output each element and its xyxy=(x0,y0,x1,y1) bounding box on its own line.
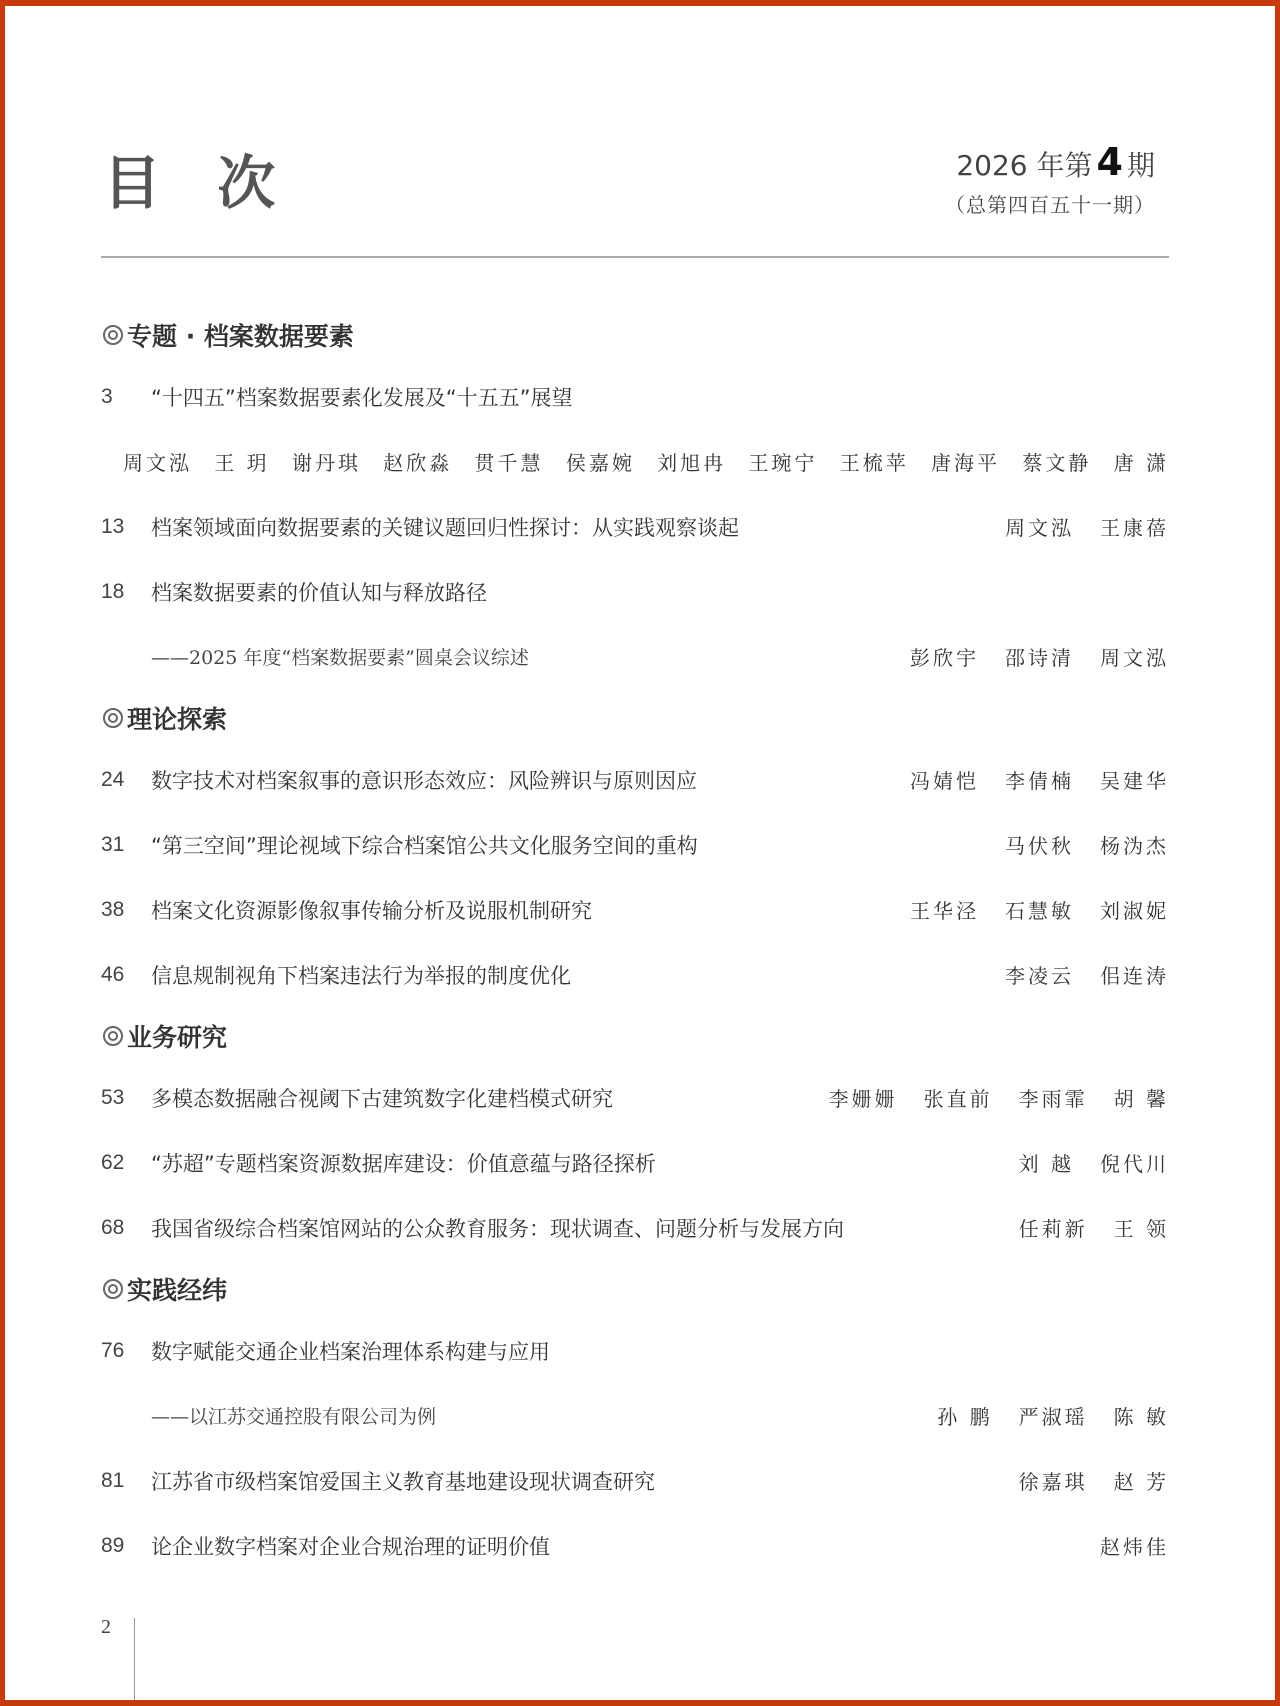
author: 李姗姗 xyxy=(829,1083,898,1112)
toc-entry[interactable]: 31 “第三空间”理论视域下综合档案馆公共文化服务空间的重构 马伏秋 杨沩杰 xyxy=(101,812,1169,877)
entry-title[interactable]: 多模态数据融合视阈下古建筑数字化建档模式研究 xyxy=(151,1083,803,1113)
entry-authors: 冯婧恺 李倩楠 吴建华 xyxy=(884,765,1169,794)
toc-entry[interactable]: 81 江苏省市级档案馆爱国主义教育基地建设现状调查研究 徐嘉琪 赵 芳 xyxy=(101,1448,1169,1513)
author: 赵欣淼 xyxy=(383,447,452,476)
entry-page: 3 xyxy=(101,385,151,409)
issue-info: 2026 年第4期 （总第四百五十一期） xyxy=(945,142,1155,220)
entry-page: 89 xyxy=(101,1534,151,1558)
entry-subtitle: ——2025 年度“档案数据要素”圆桌会议综述 xyxy=(101,643,884,670)
toc-entry[interactable]: 3 “十四五”档案数据要素化发展及“十五五”展望 xyxy=(101,364,1169,429)
toc-entry[interactable]: 24 数字技术对档案叙事的意识形态效应：风险辨识与原则因应 冯婧恺 李倩楠 吴建… xyxy=(101,747,1169,812)
entry-page: 46 xyxy=(101,963,151,987)
author: 赵炜佳 xyxy=(1100,1531,1169,1560)
author: 陈 敏 xyxy=(1114,1401,1169,1430)
section-heading: 业务研究 xyxy=(101,1007,1169,1065)
entry-title[interactable]: 数字技术对档案叙事的意识形态效应：风险辨识与原则因应 xyxy=(151,765,884,795)
author: 周文泓 xyxy=(1005,512,1074,541)
header-divider xyxy=(101,256,1169,258)
entry-page: 53 xyxy=(101,1086,151,1110)
toc-entry[interactable]: 46 信息规制视角下档案违法行为举报的制度优化 李凌云 佀连涛 xyxy=(101,942,1169,1007)
section-heading: 专题 · 档案数据要素 xyxy=(101,306,1169,364)
cumulative-issue: （总第四百五十一期） xyxy=(945,190,1155,220)
author: 周文泓 xyxy=(1100,642,1169,671)
entry-authors: 彭欣宇 邵诗清 周文泓 xyxy=(884,642,1169,671)
author: 谢丹琪 xyxy=(292,447,361,476)
entry-authors: 王华泾 石慧敏 刘淑妮 xyxy=(884,895,1169,924)
author: 唐海平 xyxy=(931,447,1000,476)
entry-authors: 刘 越 倪代川 xyxy=(993,1148,1169,1177)
author: 王琬宁 xyxy=(748,447,817,476)
entry-title[interactable]: 信息规制视角下档案违法行为举报的制度优化 xyxy=(151,960,979,990)
author: 王 领 xyxy=(1114,1213,1169,1242)
author: 李倩楠 xyxy=(1005,765,1074,794)
entry-authors: 李凌云 佀连涛 xyxy=(979,960,1169,989)
double-circle-icon xyxy=(103,708,123,728)
entry-page: 76 xyxy=(101,1339,151,1363)
issue-number: 4 xyxy=(1097,140,1123,184)
entry-page: 62 xyxy=(101,1151,151,1175)
entry-title[interactable]: 档案领域面向数据要素的关键议题回归性探讨：从实践观察谈起 xyxy=(151,512,979,542)
toc-entry-subtitle: ——以江苏交通控股有限公司为例 孙 鹏 严淑瑶 陈 敏 xyxy=(101,1383,1169,1448)
entry-page: 24 xyxy=(101,768,151,792)
author: 刘淑妮 xyxy=(1100,895,1169,924)
author: 孙 鹏 xyxy=(937,1401,992,1430)
author: 严淑瑶 xyxy=(1019,1401,1088,1430)
author: 王梳苹 xyxy=(840,447,909,476)
page-number: 2 xyxy=(101,1616,111,1639)
author: 吴建华 xyxy=(1100,765,1169,794)
double-circle-icon xyxy=(103,1279,123,1299)
author: 王华泾 xyxy=(910,895,979,924)
author: 刘旭冉 xyxy=(657,447,726,476)
toc-entry[interactable]: 89 论企业数字档案对企业合规治理的证明价值 赵炜佳 xyxy=(101,1513,1169,1578)
author: 贯千慧 xyxy=(475,447,544,476)
entry-title[interactable]: “苏超”专题档案资源数据库建设：价值意蕴与路径探析 xyxy=(151,1148,993,1178)
footer-divider xyxy=(134,1618,135,1700)
author: 杨沩杰 xyxy=(1100,830,1169,859)
section-title: 专题 · 档案数据要素 xyxy=(127,317,354,353)
entry-page: 81 xyxy=(101,1469,151,1493)
entry-authors-line: 周文泓 王 玥 谢丹琪 赵欣淼 贯千慧 侯嘉婉 刘旭冉 王琬宁 王梳苹 唐海平 … xyxy=(101,429,1169,494)
toc-entry[interactable]: 13 档案领域面向数据要素的关键议题回归性探讨：从实践观察谈起 周文泓 王康蓓 xyxy=(101,494,1169,559)
entry-title[interactable]: 我国省级综合档案馆网站的公众教育服务：现状调查、问题分析与发展方向 xyxy=(151,1213,993,1243)
author: 侯嘉婉 xyxy=(566,447,635,476)
entry-page: 13 xyxy=(101,515,151,539)
entry-subtitle: ——以江苏交通控股有限公司为例 xyxy=(101,1402,911,1429)
author: 徐嘉琪 xyxy=(1019,1466,1088,1495)
author: 胡 馨 xyxy=(1114,1083,1169,1112)
author: 马伏秋 xyxy=(1005,830,1074,859)
author: 刘 越 xyxy=(1019,1148,1074,1177)
author: 蔡文静 xyxy=(1022,447,1091,476)
entry-title[interactable]: 江苏省市级档案馆爱国主义教育基地建设现状调查研究 xyxy=(151,1466,993,1496)
section-heading: 实践经纬 xyxy=(101,1260,1169,1318)
entry-page: 38 xyxy=(101,898,151,922)
issue-year: 2026 年第 xyxy=(956,149,1092,182)
entry-authors: 孙 鹏 严淑瑶 陈 敏 xyxy=(911,1401,1169,1430)
author: 石慧敏 xyxy=(1005,895,1074,924)
issue-suffix: 期 xyxy=(1127,149,1155,182)
entry-authors: 周文泓 王康蓓 xyxy=(979,512,1169,541)
toc-entry-subtitle: ——2025 年度“档案数据要素”圆桌会议综述 彭欣宇 邵诗清 周文泓 xyxy=(101,624,1169,689)
author: 王康蓓 xyxy=(1100,512,1169,541)
section-heading: 理论探索 xyxy=(101,689,1169,747)
toc-entry[interactable]: 76 数字赋能交通企业档案治理体系构建与应用 xyxy=(101,1318,1169,1383)
author: 张直前 xyxy=(924,1083,993,1112)
author: 倪代川 xyxy=(1100,1148,1169,1177)
author: 王 玥 xyxy=(214,447,269,476)
entry-title[interactable]: 论企业数字档案对企业合规治理的证明价值 xyxy=(151,1531,1074,1561)
author: 李雨霏 xyxy=(1019,1083,1088,1112)
section-title: 理论探索 xyxy=(127,700,227,736)
entry-authors: 李姗姗 张直前 李雨霏 胡 馨 xyxy=(803,1083,1169,1112)
issue-line: 2026 年第4期 xyxy=(945,142,1155,186)
section-title: 业务研究 xyxy=(127,1018,227,1054)
author: 邵诗清 xyxy=(1005,642,1074,671)
author: 唐 潇 xyxy=(1114,447,1169,476)
entry-title[interactable]: 档案文化资源影像叙事传输分析及说服机制研究 xyxy=(151,895,884,925)
double-circle-icon xyxy=(103,325,123,345)
entry-page: 31 xyxy=(101,833,151,857)
toc-page: 目 次 2026 年第4期 （总第四百五十一期） 专题 · 档案数据要素 3 “… xyxy=(5,6,1275,1700)
author: 赵 芳 xyxy=(1114,1466,1169,1495)
entry-title[interactable]: 档案数据要素的价值认知与释放路径 xyxy=(151,577,1169,607)
page-title: 目 次 xyxy=(103,154,293,212)
entry-title[interactable]: “十四五”档案数据要素化发展及“十五五”展望 xyxy=(151,382,1169,412)
author: 佀连涛 xyxy=(1100,960,1169,989)
double-circle-icon xyxy=(103,1026,123,1046)
toc-entry[interactable]: 68 我国省级综合档案馆网站的公众教育服务：现状调查、问题分析与发展方向 任莉新… xyxy=(101,1195,1169,1260)
author: 李凌云 xyxy=(1005,960,1074,989)
author: 周文泓 xyxy=(123,447,192,476)
section-title: 实践经纬 xyxy=(127,1271,227,1307)
toc-entry[interactable]: 38 档案文化资源影像叙事传输分析及说服机制研究 王华泾 石慧敏 刘淑妮 xyxy=(101,877,1169,942)
entry-title[interactable]: “第三空间”理论视域下综合档案馆公共文化服务空间的重构 xyxy=(151,830,979,860)
author: 彭欣宇 xyxy=(910,642,979,671)
entry-title[interactable]: 数字赋能交通企业档案治理体系构建与应用 xyxy=(151,1336,1169,1366)
toc-entry[interactable]: 53 多模态数据融合视阈下古建筑数字化建档模式研究 李姗姗 张直前 李雨霏 胡 … xyxy=(101,1065,1169,1130)
table-of-contents: 专题 · 档案数据要素 3 “十四五”档案数据要素化发展及“十五五”展望 周文泓… xyxy=(101,306,1169,1578)
entry-page: 18 xyxy=(101,580,151,604)
entry-authors: 马伏秋 杨沩杰 xyxy=(979,830,1169,859)
author: 任莉新 xyxy=(1019,1213,1088,1242)
entry-authors: 赵炜佳 xyxy=(1074,1531,1169,1560)
toc-entry[interactable]: 62 “苏超”专题档案资源数据库建设：价值意蕴与路径探析 刘 越 倪代川 xyxy=(101,1130,1169,1195)
author: 冯婧恺 xyxy=(910,765,979,794)
entry-authors: 任莉新 王 领 xyxy=(993,1213,1169,1242)
entry-page: 68 xyxy=(101,1216,151,1240)
toc-entry[interactable]: 18 档案数据要素的价值认知与释放路径 xyxy=(101,559,1169,624)
entry-authors: 徐嘉琪 赵 芳 xyxy=(993,1466,1169,1495)
